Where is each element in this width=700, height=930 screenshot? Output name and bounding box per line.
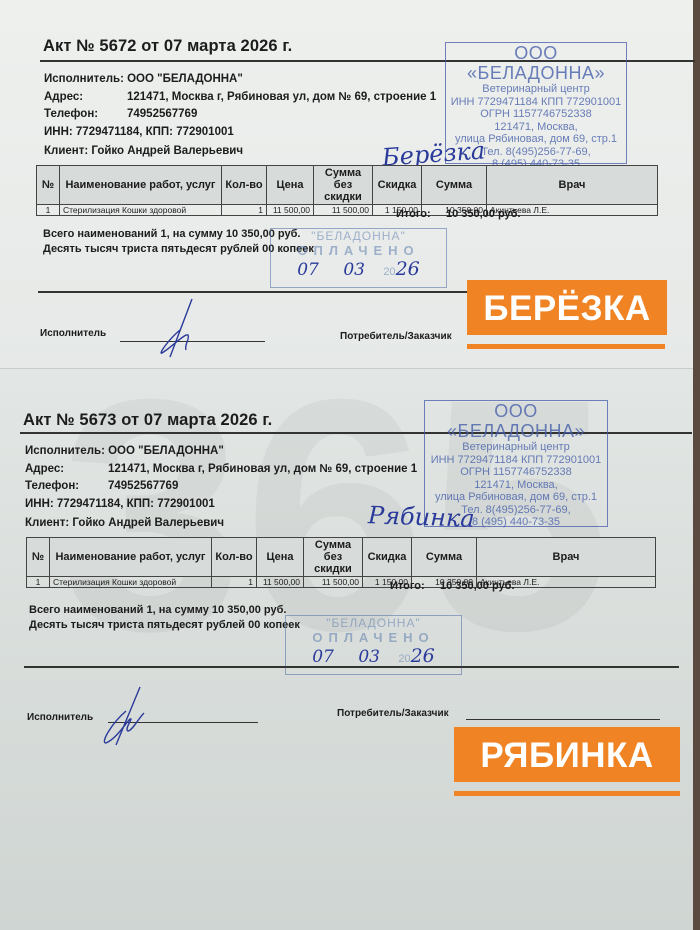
stamp-line: Ветеринарный центр <box>425 441 607 454</box>
paid-day: 07 <box>312 647 334 667</box>
act-2: Акт № 5673 от 07 марта 2026 г. Исполните… <box>0 0 693 930</box>
client-line: Клиент: Гойко Андрей Валерьевич <box>25 515 417 533</box>
total-label: Итого: <box>390 580 425 592</box>
address-value: 121471, Москва г, Рябиновая ул, дом № 69… <box>108 463 417 475</box>
total-value: 10 350,00 руб. <box>440 580 515 592</box>
inn-line: ИНН: 7729471184, КПП: 772901001 <box>25 496 417 514</box>
phone-value: 74952567769 <box>108 480 178 492</box>
address-label: Адрес: <box>25 461 108 479</box>
paid-year: 26 <box>411 645 435 667</box>
signature-scribble <box>98 683 158 753</box>
paid-month: 03 <box>358 647 380 667</box>
summary-line: Всего наименований 1, на сумму 10 350,00… <box>29 603 300 618</box>
table-header-row: № Наименование работ, услуг Кол-во Цена … <box>27 538 656 577</box>
amount-in-words: Десять тысяч триста пятьдесят рублей 00 … <box>29 618 300 633</box>
total-row: Итого: 10 350,00 руб. <box>390 580 515 592</box>
paid-year-prefix: 20 <box>398 653 410 665</box>
cell-price: 11 500,00 <box>257 577 304 588</box>
stamp-org: ООО «БЕЛАДОННА» <box>425 401 607 441</box>
stamp-line: улица Рябиновая, дом 69, стр.1 <box>425 491 607 504</box>
label-badge: РЯБИНКА <box>454 727 680 782</box>
handwritten-note: Рябинка <box>368 501 476 533</box>
col-price: Цена <box>257 538 304 577</box>
col-sum: Сумма <box>412 538 477 577</box>
paid-stamp-status: ОПЛАЧЕНО <box>286 630 461 645</box>
col-sum-no-discount: Сумма без скидки <box>304 538 363 577</box>
services-table: № Наименование работ, услуг Кол-во Цена … <box>26 537 656 588</box>
col-discount: Скидка <box>363 538 412 577</box>
paid-stamp-date: 07 03 2026 <box>286 645 461 667</box>
executor-info: Исполнитель: ООО "БЕЛАДОННА" Адрес:12147… <box>25 443 417 533</box>
customer-signature-label: Потребитель/Заказчик <box>337 708 449 719</box>
executor-signature-label: Исполнитель <box>27 712 93 723</box>
cell-sum-no-discount: 11 500,00 <box>304 577 363 588</box>
section-divider <box>24 666 679 668</box>
table-row: 1 Стерилизация Кошки здоровой 1 11 500,0… <box>27 577 656 588</box>
cell-qty: 1 <box>212 577 257 588</box>
customer-signature-line <box>466 719 660 720</box>
summary: Всего наименований 1, на сумму 10 350,00… <box>29 603 300 633</box>
stamp-line: 121471, Москва, <box>425 479 607 492</box>
phone-label: Телефон: <box>25 478 108 496</box>
col-qty: Кол-во <box>212 538 257 577</box>
badge-underline <box>454 791 680 796</box>
act-title: Акт № 5673 от 07 марта 2026 г. <box>23 411 272 430</box>
stamp-line: ОГРН 1157746752338 <box>425 466 607 479</box>
col-doctor: Врач <box>477 538 656 577</box>
col-service: Наименование работ, услуг <box>50 538 212 577</box>
cell-number: 1 <box>27 577 50 588</box>
executor-line: Исполнитель: ООО "БЕЛАДОННА" <box>25 443 417 461</box>
paid-stamp-name: "БЕЛАДОННА" <box>286 616 461 630</box>
stamp-line: ИНН 7729471184 КПП 772901001 <box>425 454 607 467</box>
cell-service: Стерилизация Кошки здоровой <box>50 577 212 588</box>
col-number: № <box>27 538 50 577</box>
